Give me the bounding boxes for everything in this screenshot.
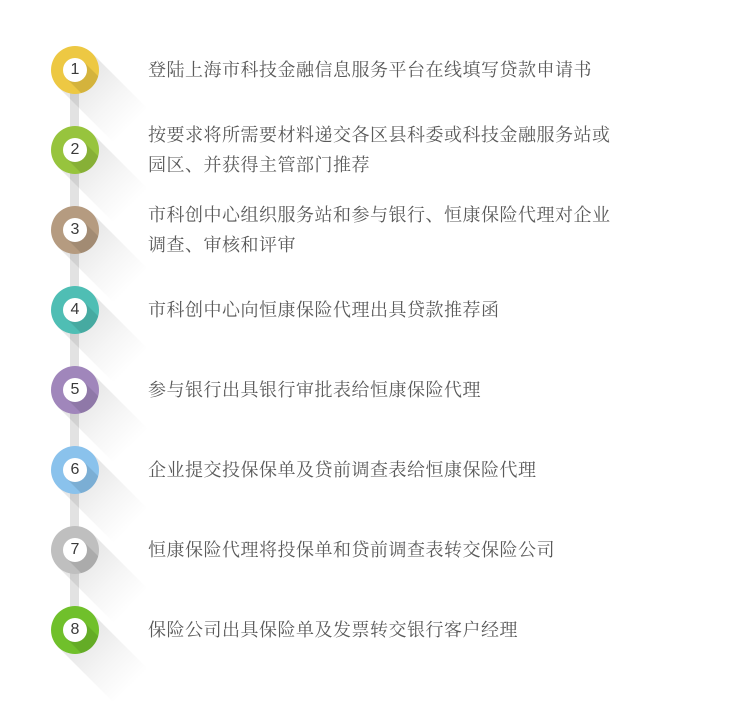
step-6-circle: 6 xyxy=(51,446,99,494)
step-8-text: 保险公司出具保险单及发票转交银行客户经理 xyxy=(148,590,518,670)
step-1-text: 登陆上海市科技金融信息服务平台在线填写贷款申请书 xyxy=(148,30,592,110)
step-1: 1 登陆上海市科技金融信息服务平台在线填写贷款申请书 xyxy=(0,30,750,110)
step-8-circle: 8 xyxy=(51,606,99,654)
step-7-number-badge: 7 xyxy=(63,538,87,562)
process-timeline: 1 登陆上海市科技金融信息服务平台在线填写贷款申请书 2 按要求将所需要材料递交… xyxy=(0,0,750,714)
step-4-number-badge: 4 xyxy=(63,298,87,322)
step-6-number-badge: 6 xyxy=(63,458,87,482)
step-4-text: 市科创中心向恒康保险代理出具贷款推荐函 xyxy=(148,270,500,350)
step-5-number-badge: 5 xyxy=(63,378,87,402)
step-7-circle: 7 xyxy=(51,526,99,574)
step-3-number-badge: 3 xyxy=(63,218,87,242)
step-5-text: 参与银行出具银行审批表给恒康保险代理 xyxy=(148,350,481,430)
step-2-text: 按要求将所需要材料递交各区县科委或科技金融服务站或 园区、并获得主管部门推荐 xyxy=(148,110,611,190)
step-6-text: 企业提交投保保单及贷前调查表给恒康保险代理 xyxy=(148,430,537,510)
step-1-circle: 1 xyxy=(51,46,99,94)
step-4-circle: 4 xyxy=(51,286,99,334)
step-8-number-badge: 8 xyxy=(63,618,87,642)
step-3-circle: 3 xyxy=(51,206,99,254)
step-7-text: 恒康保险代理将投保单和贷前调查表转交保险公司 xyxy=(148,510,555,590)
step-2-number-badge: 2 xyxy=(63,138,87,162)
step-2-circle: 2 xyxy=(51,126,99,174)
step-5-circle: 5 xyxy=(51,366,99,414)
step-1-number-badge: 1 xyxy=(63,58,87,82)
step-3-text: 市科创中心组织服务站和参与银行、恒康保险代理对企业 调查、审核和评审 xyxy=(148,190,611,270)
